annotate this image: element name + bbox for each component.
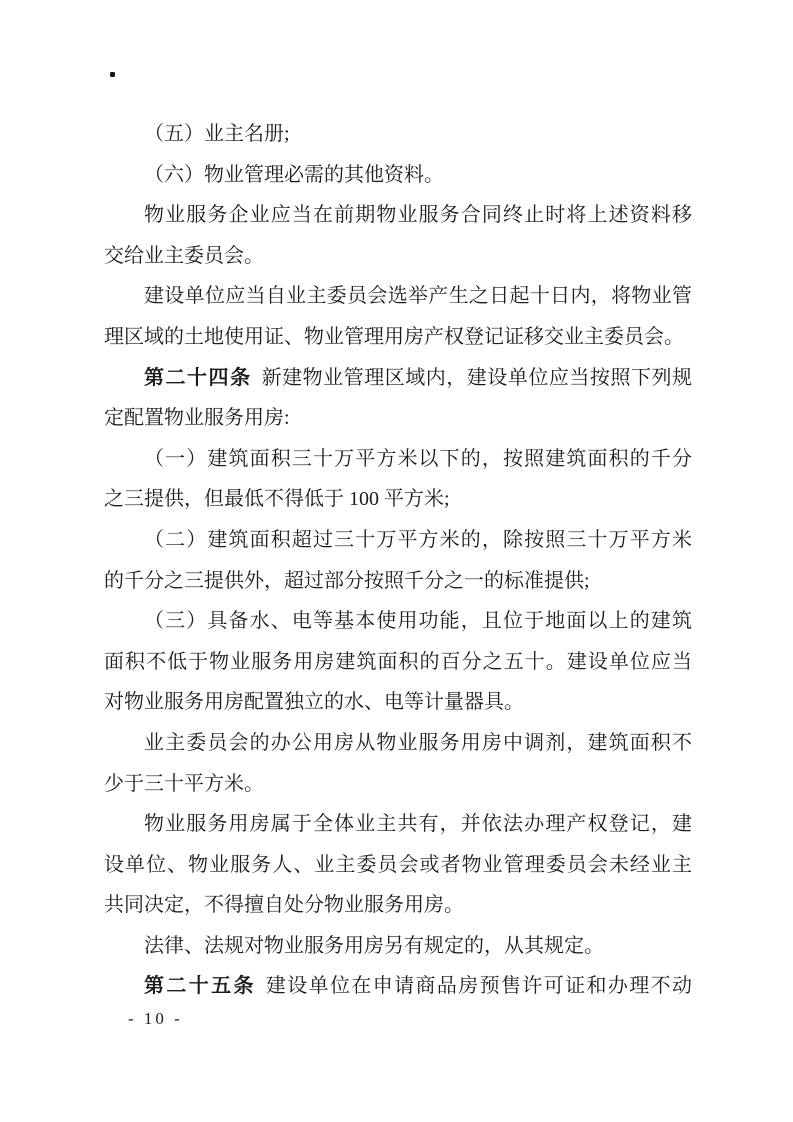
text-line: 定配置物业服务用房: bbox=[104, 398, 692, 439]
sub-item-2: （二）建筑面积超过三十万平方米的，除按照三十万平方米 的千分之三提供外，超过部分… bbox=[104, 520, 692, 601]
text-line: 第二十四条新建物业管理区域内，建设单位应当按照下列规 bbox=[104, 358, 692, 399]
text-line: 的千分之三提供外，超过部分按照千分之一的标准提供; bbox=[104, 561, 692, 602]
text-line: （五）业主名册; bbox=[104, 114, 692, 155]
ink-dot-mark bbox=[110, 72, 115, 77]
article-25-text: 建设单位在申请商品房预售许可证和办理不动 bbox=[266, 975, 692, 997]
text-line: 理区域的土地使用证、物业管理用房产权登记证移交业主委员会。 bbox=[104, 317, 692, 358]
text-line: （一）建筑面积三十万平方米以下的，按照建筑面积的千分 bbox=[104, 439, 692, 480]
text-line: 面积不低于物业服务用房建筑面积的百分之五十。建设单位应当 bbox=[104, 642, 692, 683]
text-line: 建设单位应当自业主委员会选举产生之日起十日内，将物业管 bbox=[104, 276, 692, 317]
para-handover-materials: 物业服务企业应当在前期物业服务合同终止时将上述资料移 交给业主委员会。 bbox=[104, 195, 692, 276]
article-24-number: 第二十四条 bbox=[144, 367, 252, 389]
text-line: 第二十五条建设单位在申请商品房预售许可证和办理不动 bbox=[104, 966, 692, 1007]
text-line: 之三提供，但最低不得低于 100 平方米; bbox=[104, 479, 692, 520]
text-line: 物业服务用房属于全体业主共有，并依法办理产权登记，建 bbox=[104, 804, 692, 845]
para-service-housing-ownership: 物业服务用房属于全体业主共有，并依法办理产权登记，建 设单位、物业服务人、业主委… bbox=[104, 804, 692, 926]
text-line: 少于三十平方米。 bbox=[104, 764, 692, 805]
text-line: （六）物业管理必需的其他资料。 bbox=[104, 155, 692, 196]
para-handover-certificates: 建设单位应当自业主委员会选举产生之日起十日内，将物业管 理区域的土地使用证、物业… bbox=[104, 276, 692, 357]
text-line: （三）具备水、电等基本使用功能，且位于地面以上的建筑 bbox=[104, 601, 692, 642]
text-line: 设单位、物业服务人、业主委员会或者物业管理委员会未经业主 bbox=[104, 845, 692, 886]
sub-item-3: （三）具备水、电等基本使用功能，且位于地面以上的建筑 面积不低于物业服务用房建筑… bbox=[104, 601, 692, 723]
text-line: 物业服务企业应当在前期物业服务合同终止时将上述资料移 bbox=[104, 195, 692, 236]
text-line: 法律、法规对物业服务用房另有规定的，从其规定。 bbox=[104, 926, 692, 967]
article-25-number: 第二十五条 bbox=[144, 975, 256, 997]
text-line: 共同决定，不得擅自处分物业服务用房。 bbox=[104, 885, 692, 926]
article-25: 第二十五条建设单位在申请商品房预售许可证和办理不动 bbox=[104, 966, 692, 1007]
article-24-text: 新建物业管理区域内，建设单位应当按照下列规 bbox=[262, 367, 692, 389]
text-line: （二）建筑面积超过三十万平方米的，除按照三十万平方米 bbox=[104, 520, 692, 561]
text-line: 对物业服务用房配置独立的水、电等计量器具。 bbox=[104, 682, 692, 723]
article-24: 第二十四条新建物业管理区域内，建设单位应当按照下列规 定配置物业服务用房: bbox=[104, 358, 692, 439]
list-item-6: （六）物业管理必需的其他资料。 bbox=[104, 155, 692, 196]
para-owners-committee-office: 业主委员会的办公用房从物业服务用房中调剂，建筑面积不 少于三十平方米。 bbox=[104, 723, 692, 804]
page-number: - 10 - bbox=[128, 1009, 183, 1029]
document-page: （五）业主名册; （六）物业管理必需的其他资料。 物业服务企业应当在前期物业服务… bbox=[0, 0, 793, 1122]
sub-item-1: （一）建筑面积三十万平方米以下的，按照建筑面积的千分 之三提供，但最低不得低于 … bbox=[104, 439, 692, 520]
para-other-regulations: 法律、法规对物业服务用房另有规定的，从其规定。 bbox=[104, 926, 692, 967]
list-item-5: （五）业主名册; bbox=[104, 114, 692, 155]
text-line: 业主委员会的办公用房从物业服务用房中调剂，建筑面积不 bbox=[104, 723, 692, 764]
document-body: （五）业主名册; （六）物业管理必需的其他资料。 物业服务企业应当在前期物业服务… bbox=[104, 114, 692, 1007]
text-line: 交给业主委员会。 bbox=[104, 236, 692, 277]
